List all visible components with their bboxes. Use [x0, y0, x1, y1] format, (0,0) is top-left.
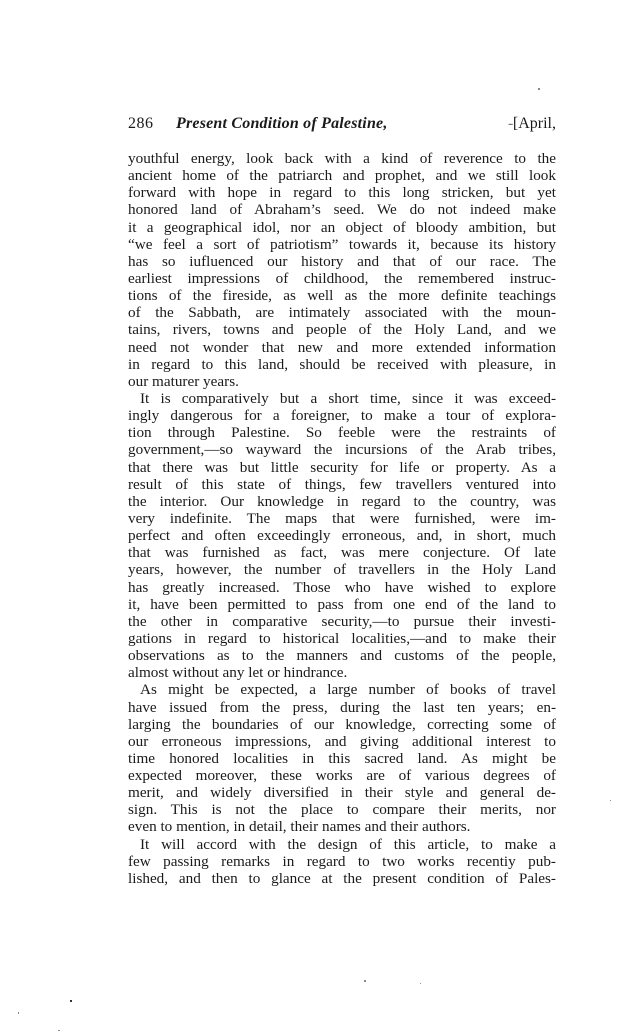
text-line: our maturer years. [128, 373, 556, 390]
text-line: time honored localities in this sacred l… [128, 750, 556, 767]
text-line: perfect and often exceedingly erroneous,… [128, 527, 556, 544]
text-line: forward with hope in regard to this long… [128, 184, 556, 201]
text-line: As might be expected, a large number of … [128, 681, 556, 698]
text-line: expected moreover, these works are of va… [128, 767, 556, 784]
text-line: youthful energy, look back with a kind o… [128, 150, 556, 167]
text-line: larging the boundaries of our knowledge,… [128, 716, 556, 733]
text-line: observations as to the manners and custo… [128, 647, 556, 664]
scan-speck [364, 980, 366, 982]
body-text: youthful energy, look back with a kind o… [128, 150, 556, 887]
text-line: it, have been permitted to pass from one… [128, 596, 556, 613]
text-line: earliest impressions of childhood, the r… [128, 270, 556, 287]
text-line: very indefinite. The maps that were furn… [128, 510, 556, 527]
text-line: need not wonder that new and more extend… [128, 339, 556, 356]
text-line: merit, and widely diversified in their s… [128, 784, 556, 801]
text-line: it a geographical idol, nor an object of… [128, 219, 556, 236]
scan-speck [610, 800, 611, 801]
text-line: gations in regard to historical localiti… [128, 630, 556, 647]
text-line: tains, rivers, towns and people of the H… [128, 321, 556, 338]
scan-speck [58, 1030, 60, 1031]
text-line: lished, and then to glance at the presen… [128, 870, 556, 887]
text-line: has so iufluenced our history and that o… [128, 253, 556, 270]
text-line: honored land of Abraham’s seed. We do no… [128, 201, 556, 218]
text-line: tion through Palestine. So feeble were t… [128, 424, 556, 441]
scan-speck [18, 1012, 19, 1014]
text-line: result of this state of things, few trav… [128, 476, 556, 493]
text-line: few passing remarks in regard to two wor… [128, 853, 556, 870]
scan-speck [70, 1000, 72, 1002]
scan-speck [538, 88, 540, 90]
text-line: government,—so wayward the incursions of… [128, 441, 556, 458]
text-line: ancient home of the patriarch and prophe… [128, 167, 556, 184]
running-date: [April, [513, 114, 556, 134]
text-line: even to mention, in detail, their names … [128, 818, 556, 835]
text-line: ingly dangerous for a foreigner, to make… [128, 407, 556, 424]
scan-speck [420, 983, 421, 984]
text-line: It is comparatively but a short time, si… [128, 390, 556, 407]
text-line: years, however, the number of travellers… [128, 561, 556, 578]
text-line: in regard to this land, should be receiv… [128, 356, 556, 373]
text-line: It will accord with the design of this a… [128, 836, 556, 853]
text-line: has greatly increased. Those who have wi… [128, 579, 556, 596]
text-line: of the Sabbath, are intimately associate… [128, 304, 556, 321]
text-line: the interior. Our knowledge in regard to… [128, 493, 556, 510]
text-line: tions of the fireside, as well as the mo… [128, 287, 556, 304]
document-page: 286 Present Condition of Palestine, - [A… [0, 0, 624, 1035]
text-line: our erroneous impressions, and giving ad… [128, 733, 556, 750]
running-title: Present Condition of Palestine, [176, 114, 388, 134]
text-line: the other in comparative security,—to pu… [128, 613, 556, 630]
text-line: sign. This is not the place to compare t… [128, 801, 556, 818]
page-number: 286 [128, 114, 154, 134]
text-line: that was furnished as fact, was mere con… [128, 544, 556, 561]
text-line: almost without any let or hindrance. [128, 664, 556, 681]
text-line: that there was but little security for l… [128, 459, 556, 476]
running-header: 286 Present Condition of Palestine, - [A… [128, 114, 556, 134]
text-line: “we feel a sort of patriotism” towards i… [128, 236, 556, 253]
text-line: have issued from the press, during the l… [128, 699, 556, 716]
